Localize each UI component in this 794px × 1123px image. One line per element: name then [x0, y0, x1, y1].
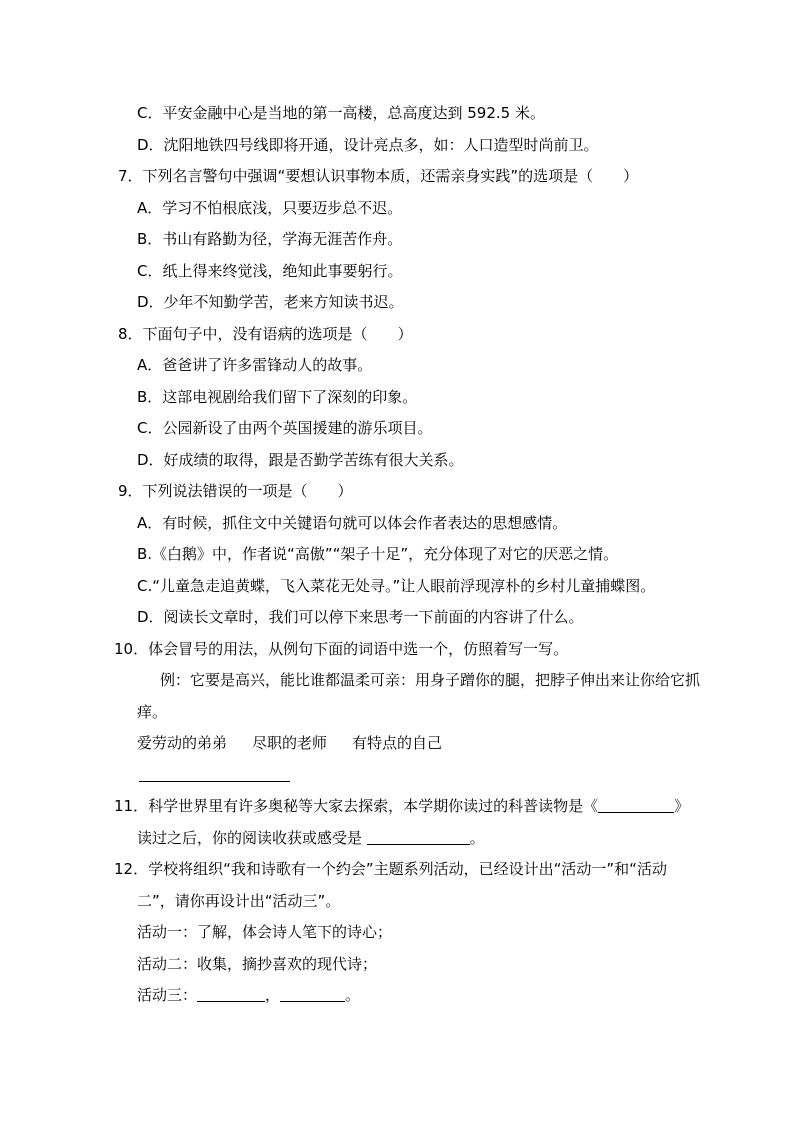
question-8-option-b: B．这部电视剧给我们留下了深刻的印象。	[0, 382, 794, 414]
question-9-option-b: B.《白鹅》中，作者说“高傲”“架子十足”，充分体现了对它的厌恶之情。	[0, 539, 794, 571]
answer-blank[interactable]	[139, 767, 290, 782]
question-10-answer-line	[0, 760, 794, 792]
question-8-option-a: A．爸爸讲了许多雷锋动人的故事。	[0, 350, 794, 382]
question-stem-text: 9．下列说法错误的一项是（ ）	[118, 482, 353, 500]
question-stem-text: 10．体会冒号的用法，从例句下面的词语中选一个，仿照着写一写。	[114, 640, 568, 658]
answer-blank[interactable]	[598, 798, 674, 813]
question-7-stem: 7．下列名言警句中强调“要想认识事物本质，还需亲身实践”的选项是（ ）	[0, 161, 794, 193]
question-stem-text: 二”，请你再设计出“活动三”。	[137, 892, 340, 910]
activity-text: 活动三：	[137, 986, 197, 1004]
question-stem-text: 8．下面句子中，没有语病的选项是（ ）	[118, 325, 413, 343]
question-8-stem: 8．下面句子中，没有语病的选项是（ ）	[0, 319, 794, 351]
question-9-stem: 9．下列说法错误的一项是（ ）	[0, 476, 794, 508]
option-text: A．学习不怕根底浅，只要迈步总不迟。	[137, 199, 402, 217]
option-text: C．纸上得来终觉浅，绝知此事要躬行。	[137, 262, 402, 280]
question-10-example-line2: 痒。	[0, 697, 794, 729]
example-text: 例：它要是高兴，能比谁都温柔可亲：用身子蹭你的腿，把脖子伸出来让你给它抓	[160, 671, 700, 689]
question-stem-text: 。	[470, 829, 485, 847]
question-9-option-d: D．阅读长文章时，我们可以停下来思考一下前面的内容讲了什么。	[0, 602, 794, 634]
question-8-option-d: D．好成绩的取得，跟是否勤学苦练有很大关系。	[0, 445, 794, 477]
option-text: A．有时候，抓住文中关键语句就可以体会作者表达的思想感情。	[137, 514, 567, 532]
question-10-stem: 10．体会冒号的用法，从例句下面的词语中选一个，仿照着写一写。	[0, 634, 794, 666]
question-11-line1: 11．科学世界里有许多奥秘等大家去探索，本学期你读过的科普读物是《》	[0, 791, 794, 823]
example-text: 痒。	[137, 703, 167, 721]
question-7-option-b: B．书山有路勤为径，学海无涯苦作舟。	[0, 224, 794, 256]
question-stem-text: 11．科学世界里有许多奥秘等大家去探索，本学期你读过的科普读物是《	[114, 797, 598, 815]
question-12-activity1: 活动一：了解，体会诗人笔下的诗心；	[0, 917, 794, 949]
question-9-option-c: C.“儿童急走追黄蝶，飞入菜花无处寻。”让人眼前浮现淳朴的乡村儿童捕蝶图。	[0, 571, 794, 603]
question-9-option-a: A．有时候，抓住文中关键语句就可以体会作者表达的思想感情。	[0, 508, 794, 540]
option-text: C.“儿童急走追黄蝶，飞入菜花无处寻。”让人眼前浮现淳朴的乡村儿童捕蝶图。	[137, 577, 655, 595]
question-12-activity3: 活动三：，。	[0, 980, 794, 1012]
question-7-option-d: D．少年不知勤学苦，老来方知读书迟。	[0, 287, 794, 319]
option-text: C．平安金融中心是当地的第一高楼，总高度达到 592.5 米。	[137, 104, 545, 122]
question-stem-text: 》	[674, 797, 689, 815]
option-line-prev-d: D．沈阳地铁四号线即将开通，设计亮点多，如：人口造型时尚前卫。	[0, 130, 794, 162]
option-text: D．沈阳地铁四号线即将开通，设计亮点多，如：人口造型时尚前卫。	[137, 136, 599, 154]
activity-text: 。	[345, 986, 360, 1004]
option-text: A．爸爸讲了许多雷锋动人的故事。	[137, 356, 372, 374]
activity-text: 活动二：收集，摘抄喜欢的现代诗；	[137, 955, 377, 973]
activity-text: 活动一：了解，体会诗人笔下的诗心；	[137, 923, 392, 941]
question-11-line2: 读过之后，你的阅读收获或感受是 。	[0, 823, 794, 855]
question-stem-text: 12．学校将组织“我和诗歌有一个约会”主题系列活动，已经设计出“活动一”和“活动	[114, 860, 667, 878]
question-12-line2: 二”，请你再设计出“活动三”。	[0, 886, 794, 918]
option-text: B．书山有路勤为径，学海无涯苦作舟。	[137, 230, 402, 248]
option-line-prev-c: C．平安金融中心是当地的第一高楼，总高度达到 592.5 米。	[0, 98, 794, 130]
answer-blank[interactable]	[367, 830, 470, 845]
activity-text: ，	[265, 986, 280, 1004]
option-text: D．阅读长文章时，我们可以停下来思考一下前面的内容讲了什么。	[137, 608, 584, 626]
question-stem-text: 读过之后，你的阅读收获或感受是	[137, 829, 367, 847]
answer-blank[interactable]	[280, 987, 345, 1002]
question-stem-text: 7．下列名言警句中强调“要想认识事物本质，还需亲身实践”的选项是（ ）	[118, 167, 638, 185]
question-12-line1: 12．学校将组织“我和诗歌有一个约会”主题系列活动，已经设计出“活动一”和“活动	[0, 854, 794, 886]
option-text: B．这部电视剧给我们留下了深刻的印象。	[137, 388, 417, 406]
question-8-option-c: C．公园新设了由两个英国援建的游乐项目。	[0, 413, 794, 445]
option-text: C．公园新设了由两个英国援建的游乐项目。	[137, 419, 432, 437]
exam-page: C．平安金融中心是当地的第一高楼，总高度达到 592.5 米。 D．沈阳地铁四号…	[0, 0, 794, 1123]
option-text: D．好成绩的取得，跟是否勤学苦练有很大关系。	[137, 451, 464, 469]
question-10-example-line1: 例：它要是高兴，能比谁都温柔可亲：用身子蹭你的腿，把脖子伸出来让你给它抓	[0, 665, 794, 697]
question-7-option-c: C．纸上得来终觉浅，绝知此事要躬行。	[0, 256, 794, 288]
answer-blank[interactable]	[197, 987, 265, 1002]
option-text: B.《白鹅》中，作者说“高傲”“架子十足”，充分体现了对它的厌恶之情。	[137, 545, 618, 563]
option-text: D．少年不知勤学苦，老来方知读书迟。	[137, 293, 404, 311]
word-choice: 爱劳动的弟弟	[137, 734, 227, 752]
word-choice: 有特点的自己	[352, 734, 442, 752]
question-12-activity2: 活动二：收集，摘抄喜欢的现代诗；	[0, 949, 794, 981]
question-7-option-a: A．学习不怕根底浅，只要迈步总不迟。	[0, 193, 794, 225]
question-10-word-choices: 爱劳动的弟弟尽职的老师有特点的自己	[0, 728, 794, 760]
word-choice: 尽职的老师	[252, 734, 327, 752]
